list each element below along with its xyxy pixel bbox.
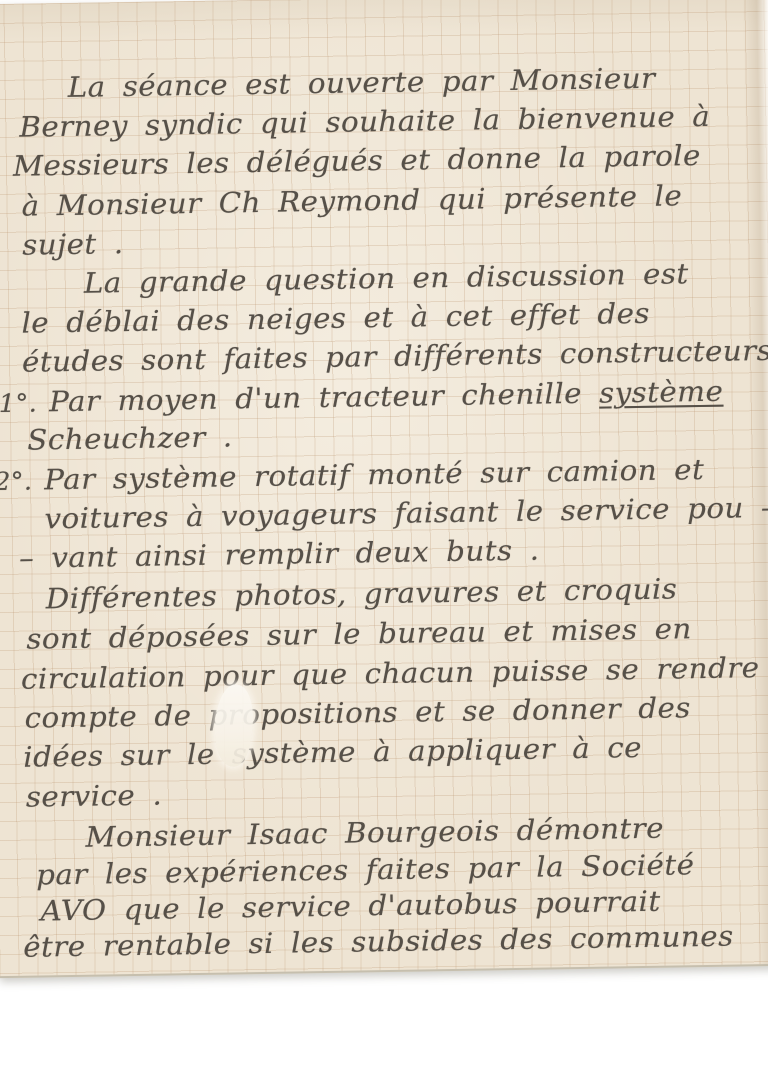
underlined-word: système	[599, 375, 724, 410]
handwriting-line: sujet .	[22, 227, 124, 263]
handwriting-text: à Monsieur Ch Reymond qui présente le	[21, 179, 682, 222]
handwriting-text: Différentes photos, gravures et croquis	[45, 572, 677, 615]
handwriting-line: voitures à voyageurs faisant le service …	[44, 491, 768, 536]
handwriting-text: Berney syndic qui souhaite la bienvenue …	[19, 100, 710, 144]
handwriting-text: AVO que le service d'autobus pourrait	[40, 885, 660, 928]
handwriting-text: idées sur le système à appliquer à ce	[23, 731, 642, 774]
handwriting-line: compte de propositions et se donner des	[24, 691, 691, 735]
handwriting-line: 1°.Par moyen d'un tracteur chenille syst…	[0, 375, 724, 421]
handwriting-text: Par système rotatif monté sur camion et	[44, 453, 704, 496]
scan-background: La séance est ouverte par MonsieurBerney…	[0, 0, 768, 1086]
handwriting-text: La grande question en discussion est	[84, 257, 689, 299]
handwriting-line: Messieurs les délégués et donne la parol…	[13, 139, 701, 184]
handwriting-line: Berney syndic qui souhaite la bienvenue …	[19, 100, 710, 145]
handwriting-lines: La séance est ouverte par MonsieurBerney…	[0, 0, 768, 976]
list-marker: 1°.	[0, 386, 49, 421]
handwriting-line: Différentes photos, gravures et croquis	[45, 572, 677, 616]
handwriting-text: Par moyen d'un tracteur chenille	[49, 377, 600, 419]
handwriting-text: études sont faites par différents constr…	[22, 334, 768, 379]
handwriting-line: circulation pour que chacun puisse se re…	[21, 651, 760, 697]
handwriting-text: Messieurs les délégués et donne la parol…	[13, 139, 701, 183]
handwriting-text: – vant ainsi remplir deux buts .	[19, 534, 540, 575]
handwriting-text: circulation pour que chacun puisse se re…	[21, 651, 760, 696]
handwriting-line: Monsieur Isaac Bourgeois démontre	[85, 812, 664, 855]
handwriting-text: le déblai des neiges et à cet effet des	[21, 297, 650, 340]
handwriting-line: 2°.Par système rotatif monté sur camion …	[0, 453, 704, 499]
list-marker: 2°.	[0, 464, 45, 499]
handwriting-line: service .	[26, 779, 163, 815]
handwriting-line: études sont faites par différents constr…	[22, 334, 768, 380]
handwriting-line: idées sur le système à appliquer à ce	[23, 731, 642, 775]
handwriting-text: Monsieur Isaac Bourgeois démontre	[85, 812, 664, 854]
handwriting-text: voitures à voyageurs faisant le service …	[44, 491, 768, 535]
handwriting-text: sujet .	[22, 227, 124, 262]
handwriting-line: à Monsieur Ch Reymond qui présente le	[21, 179, 682, 223]
handwriting-line: Scheuchzer .	[27, 420, 233, 457]
handwriting-line: La séance est ouverte par Monsieur	[67, 62, 655, 105]
handwriting-text: Scheuchzer .	[27, 420, 233, 456]
handwriting-text: sont déposées sur le bureau et mises en	[26, 612, 692, 655]
handwriting-text: La séance est ouverte par Monsieur	[67, 62, 655, 104]
notebook-page: La séance est ouverte par MonsieurBerney…	[0, 0, 768, 978]
handwriting-text: service .	[26, 779, 163, 814]
handwriting-text: compte de propositions et se donner des	[24, 691, 691, 734]
handwriting-line: – vant ainsi remplir deux buts .	[19, 534, 540, 576]
handwriting-line: sont déposées sur le bureau et mises en	[26, 612, 692, 656]
handwriting-line: le déblai des neiges et à cet effet des	[21, 297, 650, 341]
handwriting-line: La grande question en discussion est	[84, 257, 689, 300]
